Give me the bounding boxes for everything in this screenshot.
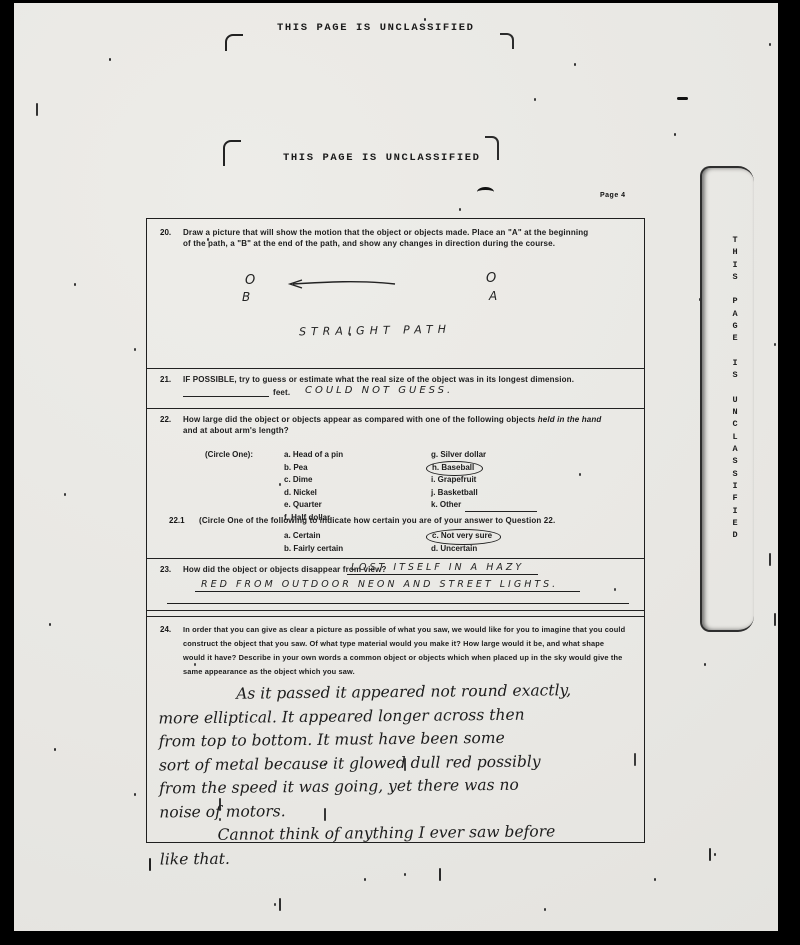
q22-text-line1: How large did the object or objects appe… bbox=[183, 415, 535, 424]
questionnaire-form: 20. Draw a picture that will show the mo… bbox=[146, 218, 645, 843]
question-23-section: 23. How did the object or objects disapp… bbox=[147, 559, 644, 611]
corner-bracket-mark bbox=[223, 140, 241, 166]
scan-border-bottom bbox=[0, 931, 800, 945]
q22-1-option-b: b. Fairly certain bbox=[284, 543, 343, 556]
q24-handwritten-answer: As it passed it appeared not round exact… bbox=[158, 679, 638, 872]
drawing-end-circle: O bbox=[245, 273, 258, 288]
question-20-section: 20. Draw a picture that will show the mo… bbox=[147, 219, 644, 369]
q22-options-right: g. Silver dollar h. Baseball i. Grapefru… bbox=[431, 449, 537, 512]
q20-number: 20. bbox=[160, 228, 171, 237]
drawing-start-circle: O bbox=[486, 271, 499, 286]
q23-blank-line bbox=[167, 603, 629, 604]
q22-1-options-left: a. Certain b. Fairly certain bbox=[284, 530, 343, 555]
q22-option-d: d. Nickel bbox=[284, 487, 343, 500]
q22-option-c: c. Dime bbox=[284, 474, 343, 487]
q22-text-line2: and at about arm's length? bbox=[183, 426, 289, 435]
q21-handwritten-answer: COULD NOT GUESS. bbox=[305, 385, 453, 396]
q24-hw-line: As it passed it appeared not round exact… bbox=[158, 679, 636, 708]
q21-number: 21. bbox=[160, 375, 171, 384]
q22-1-option-a: a. Certain bbox=[284, 530, 343, 543]
q23-handwritten-line1: LOST ITSELF IN A HAZY bbox=[347, 562, 538, 575]
q24-text-line4: same appearance as the object which you … bbox=[183, 667, 355, 676]
drawing-caption: STRAIGHT PATH bbox=[299, 323, 451, 339]
q22-option-a: a. Head of a pin bbox=[284, 449, 343, 462]
drawing-label-a: A bbox=[489, 289, 500, 303]
corner-bracket-mark bbox=[225, 34, 243, 51]
page-number: Page 4 bbox=[600, 192, 626, 199]
q23-number: 23. bbox=[160, 565, 171, 574]
drawing-arrow bbox=[285, 277, 397, 291]
q22-option-k: k. Other bbox=[431, 500, 461, 509]
q20-text-line2: of the path, a "B" at the end of the pat… bbox=[183, 239, 555, 248]
unclassified-stamp-mid: THIS PAGE IS UNCLASSIFIED bbox=[283, 152, 481, 164]
q23-handwritten-line2: RED FROM OUTDOOR NEON AND STREET LIGHTS. bbox=[195, 579, 580, 592]
scan-border-right bbox=[778, 0, 800, 945]
scan-scratches bbox=[149, 858, 151, 871]
q24-text-line2: construct the object that you saw. Of wh… bbox=[183, 639, 604, 648]
question-21-section: 21. IF POSSIBLE, try to guess or estimat… bbox=[147, 369, 644, 409]
q24-hw-line: like that. bbox=[160, 843, 638, 872]
q24-number: 24. bbox=[160, 625, 171, 634]
scanned-page: THIS PAGE IS UNCLASSIFIED THIS PAGE IS U… bbox=[14, 3, 778, 932]
unclassified-stamp-top: THIS PAGE IS UNCLASSIFIED bbox=[277, 22, 475, 34]
q22-options-left: a. Head of a pin b. Pea c. Dime d. Nicke… bbox=[284, 449, 343, 524]
q22-option-b: b. Pea bbox=[284, 462, 343, 475]
q22-option-j: j. Basketball bbox=[431, 487, 537, 500]
q21-blank-line bbox=[183, 387, 269, 397]
dust-specks bbox=[109, 58, 111, 61]
dash-smudge-mark bbox=[677, 97, 688, 100]
q22-other-blank bbox=[465, 502, 537, 512]
q20-text-line1: Draw a picture that will show the motion… bbox=[183, 228, 588, 237]
q22-option-i: i. Grapefruit bbox=[431, 474, 537, 487]
q22-1-number: 22.1 bbox=[169, 516, 185, 525]
q22-text-line1-emphasis: held in the hand bbox=[538, 415, 602, 424]
arc-smudge-mark bbox=[477, 187, 494, 197]
q21-unit-label: feet. bbox=[273, 388, 290, 397]
q22-circle-one-label: (Circle One): bbox=[205, 449, 253, 462]
drawing-label-b: B bbox=[242, 290, 253, 304]
q22-1-text: (Circle One of the following to indicate… bbox=[199, 516, 555, 525]
side-tab-unclassified-text: T H I S P A G E I S U N C L A S S I F I … bbox=[724, 234, 746, 541]
question-22-section: 22. How large did the object or objects … bbox=[147, 409, 644, 559]
q22-option-g: g. Silver dollar bbox=[431, 449, 537, 462]
q22-number: 22. bbox=[160, 415, 171, 424]
q22-option-e: e. Quarter bbox=[284, 499, 343, 512]
corner-bracket-mark bbox=[500, 33, 514, 49]
q21-text-line1: IF POSSIBLE, try to guess or estimate wh… bbox=[183, 375, 574, 384]
q24-text-line1: In order that you can give as clear a pi… bbox=[183, 625, 625, 634]
q24-text-line3: would it have? Describe in your own word… bbox=[183, 653, 622, 662]
q22-1-options-right: c. Not very sure d. Uncertain bbox=[431, 530, 493, 555]
q22-1-option-d: d. Uncertain bbox=[431, 543, 493, 556]
corner-bracket-mark bbox=[485, 136, 499, 160]
question-24-section: 24. In order that you can give as clear … bbox=[147, 617, 644, 842]
